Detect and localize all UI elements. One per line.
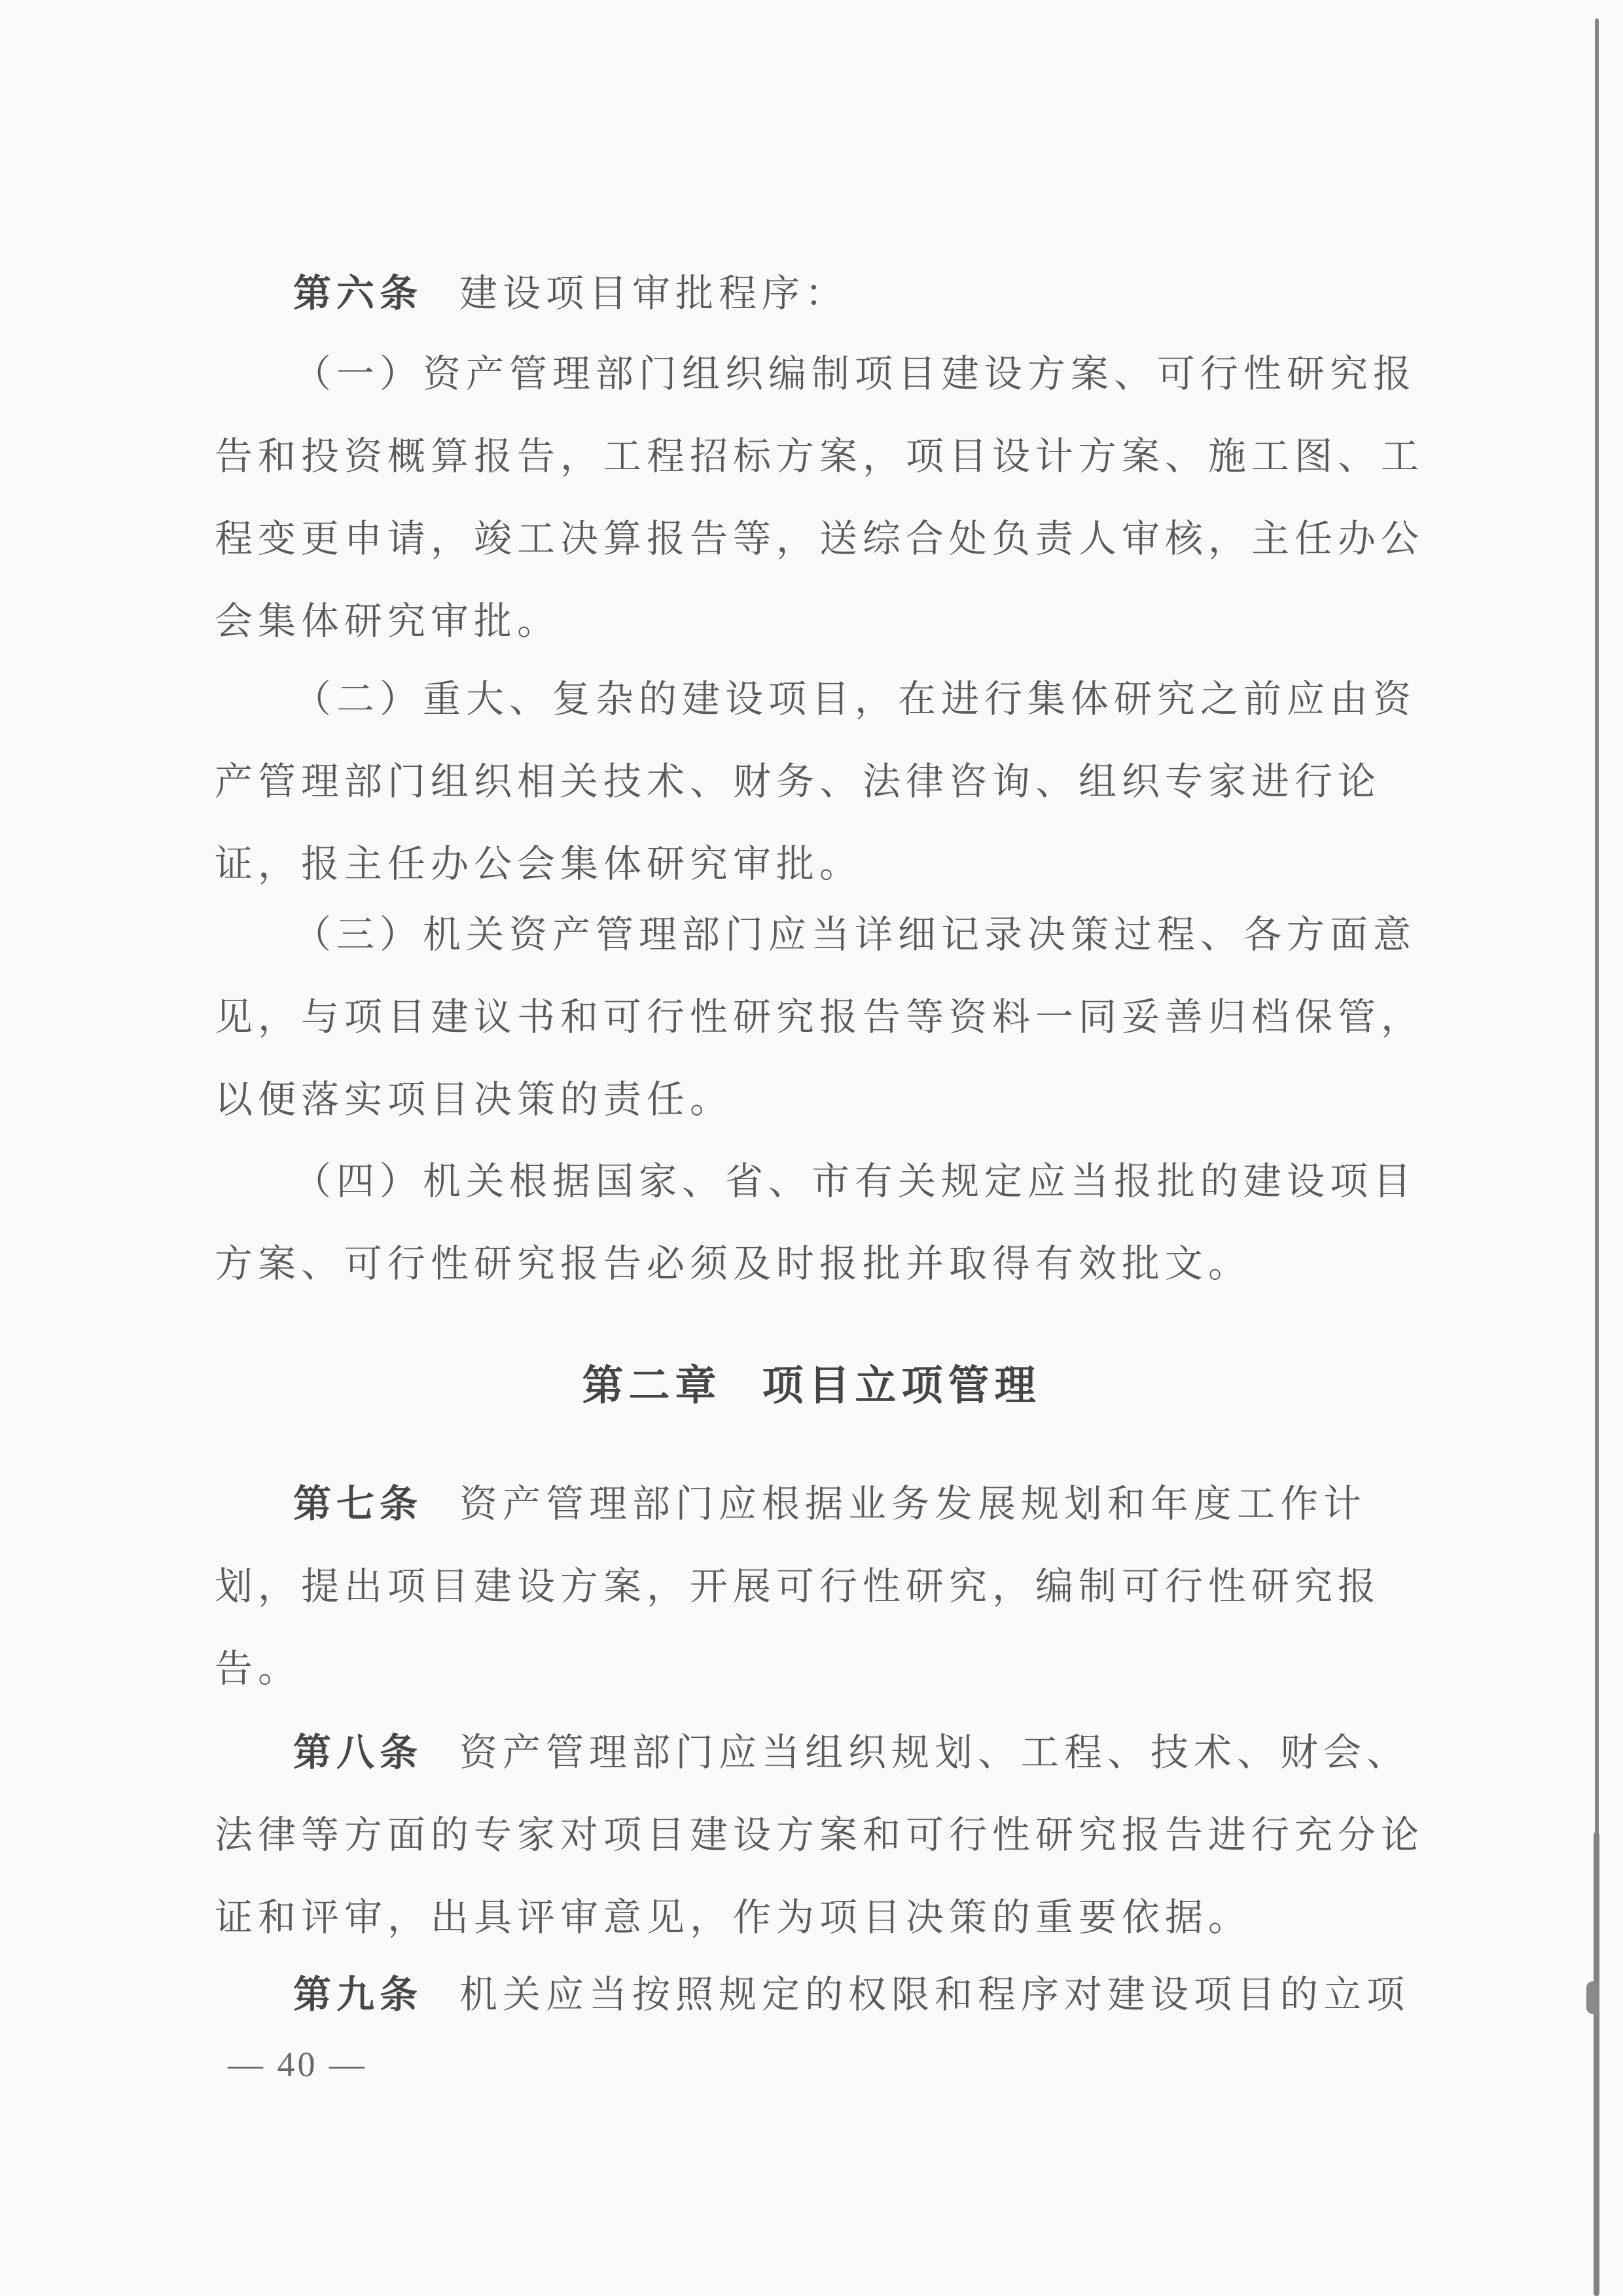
text-line: 见，与项目建议书和可行性研究报告等资料一同妥善归档保管， <box>215 976 1435 1059</box>
text-line: 产管理部门组织相关技术、财务、法律咨询、组织专家进行论 <box>215 741 1435 823</box>
paragraph: 第八条资产管理部门应当组织规划、工程、技术、财会、法律等方面的专家对项目建设方案… <box>215 1712 1435 1959</box>
text-line: 第八条资产管理部门应当组织规划、工程、技术、财会、 <box>215 1712 1435 1794</box>
paragraph: 第六条建设项目审批程序： <box>215 253 1435 335</box>
text-line: 第六条建设项目审批程序： <box>215 253 1435 335</box>
paragraph: 第九条机关应当按照规定的权限和程序对建设项目的立项 <box>215 1954 1435 2036</box>
article-number: 第九条 <box>293 1973 423 2016</box>
text-line: 划，提出项目建设方案，开展可行性研究，编制可行性研究报 <box>215 1545 1435 1628</box>
paragraph: （三）机关资产管理部门应当详细记录决策过程、各方面意见，与项目建议书和可行性研究… <box>215 894 1435 1141</box>
article-text: 建设项目审批程序： <box>459 272 848 315</box>
text-line: 以便落实项目决策的责任。 <box>215 1059 1435 1141</box>
article-text: 资产管理部门应当组织规划、工程、技术、财会、 <box>459 1731 1410 1774</box>
document-page: 第六条建设项目审批程序：（一）资产管理部门组织编制项目建设方案、可行性研究报告和… <box>0 0 1623 2296</box>
chapter-heading: 第二章项目立项管理 <box>0 1345 1623 1427</box>
text-line: 第九条机关应当按照规定的权限和程序对建设项目的立项 <box>215 1954 1435 2036</box>
text-line: （一）资产管理部门组织编制项目建设方案、可行性研究报 <box>215 333 1435 415</box>
text-line: 会集体研究审批。 <box>215 580 1435 663</box>
text-line: 第七条资产管理部门应根据业务发展规划和年度工作计 <box>215 1463 1435 1545</box>
text-line: 方案、可行性研究报告必须及时报批并取得有效批文。 <box>215 1223 1435 1305</box>
text-line: 告和投资概算报告，工程招标方案，项目设计方案、施工图、工 <box>215 415 1435 498</box>
scan-artifact-line-lower <box>1594 1832 1599 2296</box>
text-line: 证和评审，出具评审意见，作为项目决策的重要依据。 <box>215 1877 1435 1959</box>
article-number: 第七条 <box>293 1483 423 1525</box>
paragraph: （二）重大、复杂的建设项目，在进行集体研究之前应由资产管理部门组织相关技术、财务… <box>215 658 1435 906</box>
paragraph: 第七条资产管理部门应根据业务发展规划和年度工作计划，提出项目建设方案，开展可行性… <box>215 1463 1435 1710</box>
paragraph: （四）机关根据国家、省、市有关规定应当报批的建设项目方案、可行性研究报告必须及时… <box>215 1140 1435 1305</box>
article-number: 第六条 <box>293 272 423 315</box>
scan-artifact-blob <box>1586 1981 1599 2014</box>
text-line: 告。 <box>215 1628 1435 1710</box>
chapter-title: 项目立项管理 <box>762 1363 1041 1409</box>
page-number: — 40 — <box>228 2041 367 2087</box>
article-text: 机关应当按照规定的权限和程序对建设项目的立项 <box>459 1973 1410 2016</box>
chapter-number: 第二章 <box>582 1363 722 1409</box>
text-line: （四）机关根据国家、省、市有关规定应当报批的建设项目 <box>215 1140 1435 1223</box>
text-line: （二）重大、复杂的建设项目，在进行集体研究之前应由资 <box>215 658 1435 741</box>
text-line: （三）机关资产管理部门应当详细记录决策过程、各方面意 <box>215 894 1435 976</box>
article-text: 资产管理部门应根据业务发展规划和年度工作计 <box>459 1483 1366 1525</box>
article-number: 第八条 <box>293 1731 423 1774</box>
text-line: 程变更申请，竣工决算报告等，送综合处负责人审核，主任办公 <box>215 498 1435 580</box>
paragraph: （一）资产管理部门组织编制项目建设方案、可行性研究报告和投资概算报告，工程招标方… <box>215 333 1435 663</box>
text-line: 法律等方面的专家对项目建设方案和可行性研究报告进行充分论 <box>215 1794 1435 1877</box>
